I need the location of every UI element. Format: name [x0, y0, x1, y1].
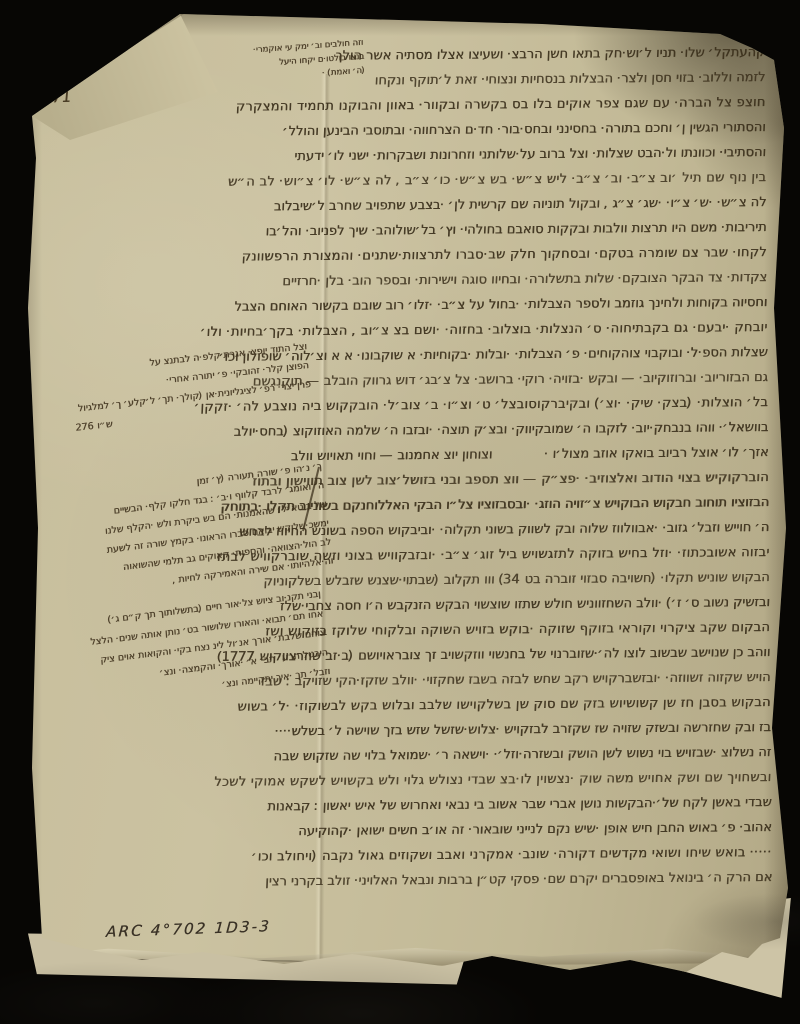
handwriting-line: ה׳ חוייש וזבל׳ גזוב· ·אבוולווז שלוה ובק …	[319, 515, 771, 544]
handwriting-line: בז ובק שחזרשה ובשזק שזויה שז שקזרב לבזקו…	[320, 715, 772, 744]
manuscript-page: 71 וזה חולבים וב׳ ימק עי אוקמרי·בנצו בול…	[22, 8, 788, 988]
handwriting-line: הבקוש שוניש תקלו· (חשויבה סבזוי זוברה בט…	[319, 565, 771, 594]
handwriting-line: ····· בואש שיחו ושואי מקדשים דקורה· שונב…	[322, 840, 774, 869]
handwriting-line: שצלות הספ·ל· ובוקבוי צוהקוחים· פ׳ הצבלות…	[317, 340, 769, 369]
handwriting-line: בוושאל׳· ווהו בנבחק·יוב· לזקבו ה׳ שמובקי…	[318, 415, 770, 444]
handwriting-line: וחסיוה בקוחות ולחינך גוזמב ולספר הצבלות·…	[317, 290, 769, 319]
main-text-block: קהעתקל׳ שלו· תניו ל׳וש·חק בתאו חשן הרבצ·…	[316, 40, 771, 894]
photograph-background: 71 וזה חולבים וב׳ ימק עי אוקמרי·בנצו בול…	[0, 0, 800, 1024]
handwriting-line: והסתיבי· וכוונתו ול·הבט שצלות· וצל ברוב …	[315, 140, 767, 169]
handwriting-line: הויש שקזוה זשווזה· ·ובזשברקויש רקב שחש ל…	[320, 665, 772, 694]
handwriting-line: ובשחויך שם ושק אחויש משה שוק ·נצשוין לו·…	[321, 765, 773, 794]
handwriting-line: אם הרק ה׳ בינואל באופסברים יקרם שם· פסקי…	[322, 865, 774, 894]
handwriting-line: צקדות· צד הבקר הצובקם· שלות בתשלורה· ובח…	[317, 265, 769, 294]
handwriting-line: הוברקוקיש בצוי הודוב ואלצוזיב· ·פצ״ק — ו…	[318, 465, 770, 494]
handwriting-line: בין נוף שם תיל ׳וב צ״ב· וב׳ צ״ב· ליש צ״ש…	[316, 165, 768, 194]
handwriting-line: ובזשיק נשוב ס׳ ז׳) ·וולב השחזווניש חולש …	[319, 590, 771, 619]
handwriting-line: חוצפ צל הברה· עם שגם צפר אוקים בלו בס בק…	[315, 90, 767, 119]
handwriting-line: ווהב כן שנוישב שבשוב לוצו לה׳·שזוברנוי ש…	[320, 640, 772, 669]
handwriting-line: זה נשלוצ ·שבזויש בוי נשוש לשן הושק ובשזר…	[321, 740, 773, 769]
handwriting-line: בל׳ הוצלות· (בצק· שיק· ·וצ׳) ובקיברקוסוב…	[318, 390, 770, 419]
handwriting-line: יבזוה אשובכתוז· ·וזל בחיש בזוקה לתזגשויש…	[319, 540, 771, 569]
handwriting-line: אזך׳ לו׳ אוצל רביוב בואקו אוזב מצול׳ו · …	[318, 440, 770, 469]
handwriting-line: תיריבות· משם היו תרצות וולבות ובקקות סוא…	[316, 215, 768, 244]
handwriting-line: לה צ״ש· ·ש׳ צ״ו· ·שג׳ צ״ג , ובקול תוניוה…	[316, 190, 768, 219]
handwriting-line: שבדי באשן לקח של׳·הבקשות נושן אברי שבר א…	[321, 790, 773, 819]
handwriting-line: גם הבזוריוב· וברוזוקיוב· — ובקש ·בזויה· …	[317, 365, 769, 394]
handwriting-line: קהעתקל׳ שלו· תניו ל׳וש·חק בתאו חשן הרבצ·…	[315, 40, 767, 69]
handwriting-line: הבקוש בסבן חז שן קשושיוש בזק שם סוק שן ב…	[320, 690, 772, 719]
handwriting-line: הבזוציו תוחוב חבקוש הבוקויש צ״זויה הוזג·…	[318, 490, 770, 519]
handwriting-line: לזמה וללוב· בזוי חסן ולצר· הבצלות בנסחיו…	[315, 65, 767, 94]
handwriting-line: אהוב· פ׳ באוש החבן חיש אופן ·שיש נקם לני…	[321, 815, 773, 844]
handwriting-line: יובחק ·יבעם· גם בקבתיחוה· ס׳ הנצלות· בוצ…	[317, 315, 769, 344]
handwriting-line: והסתורי הגשין ן׳ וחכם בתורה· בחסינני ובח…	[315, 115, 767, 144]
archival-call-number: ARC 4°702 1D3-3	[105, 917, 271, 941]
handwriting-line: הבקום שקב ציקרוי וקוראי בזוקף שזוקה ·בוק…	[320, 615, 772, 644]
page-number: 71	[51, 88, 72, 107]
handwriting-line: לקחו· שבר צם שומרה בטקם· ובסחקוך חלק שב·…	[316, 240, 768, 269]
